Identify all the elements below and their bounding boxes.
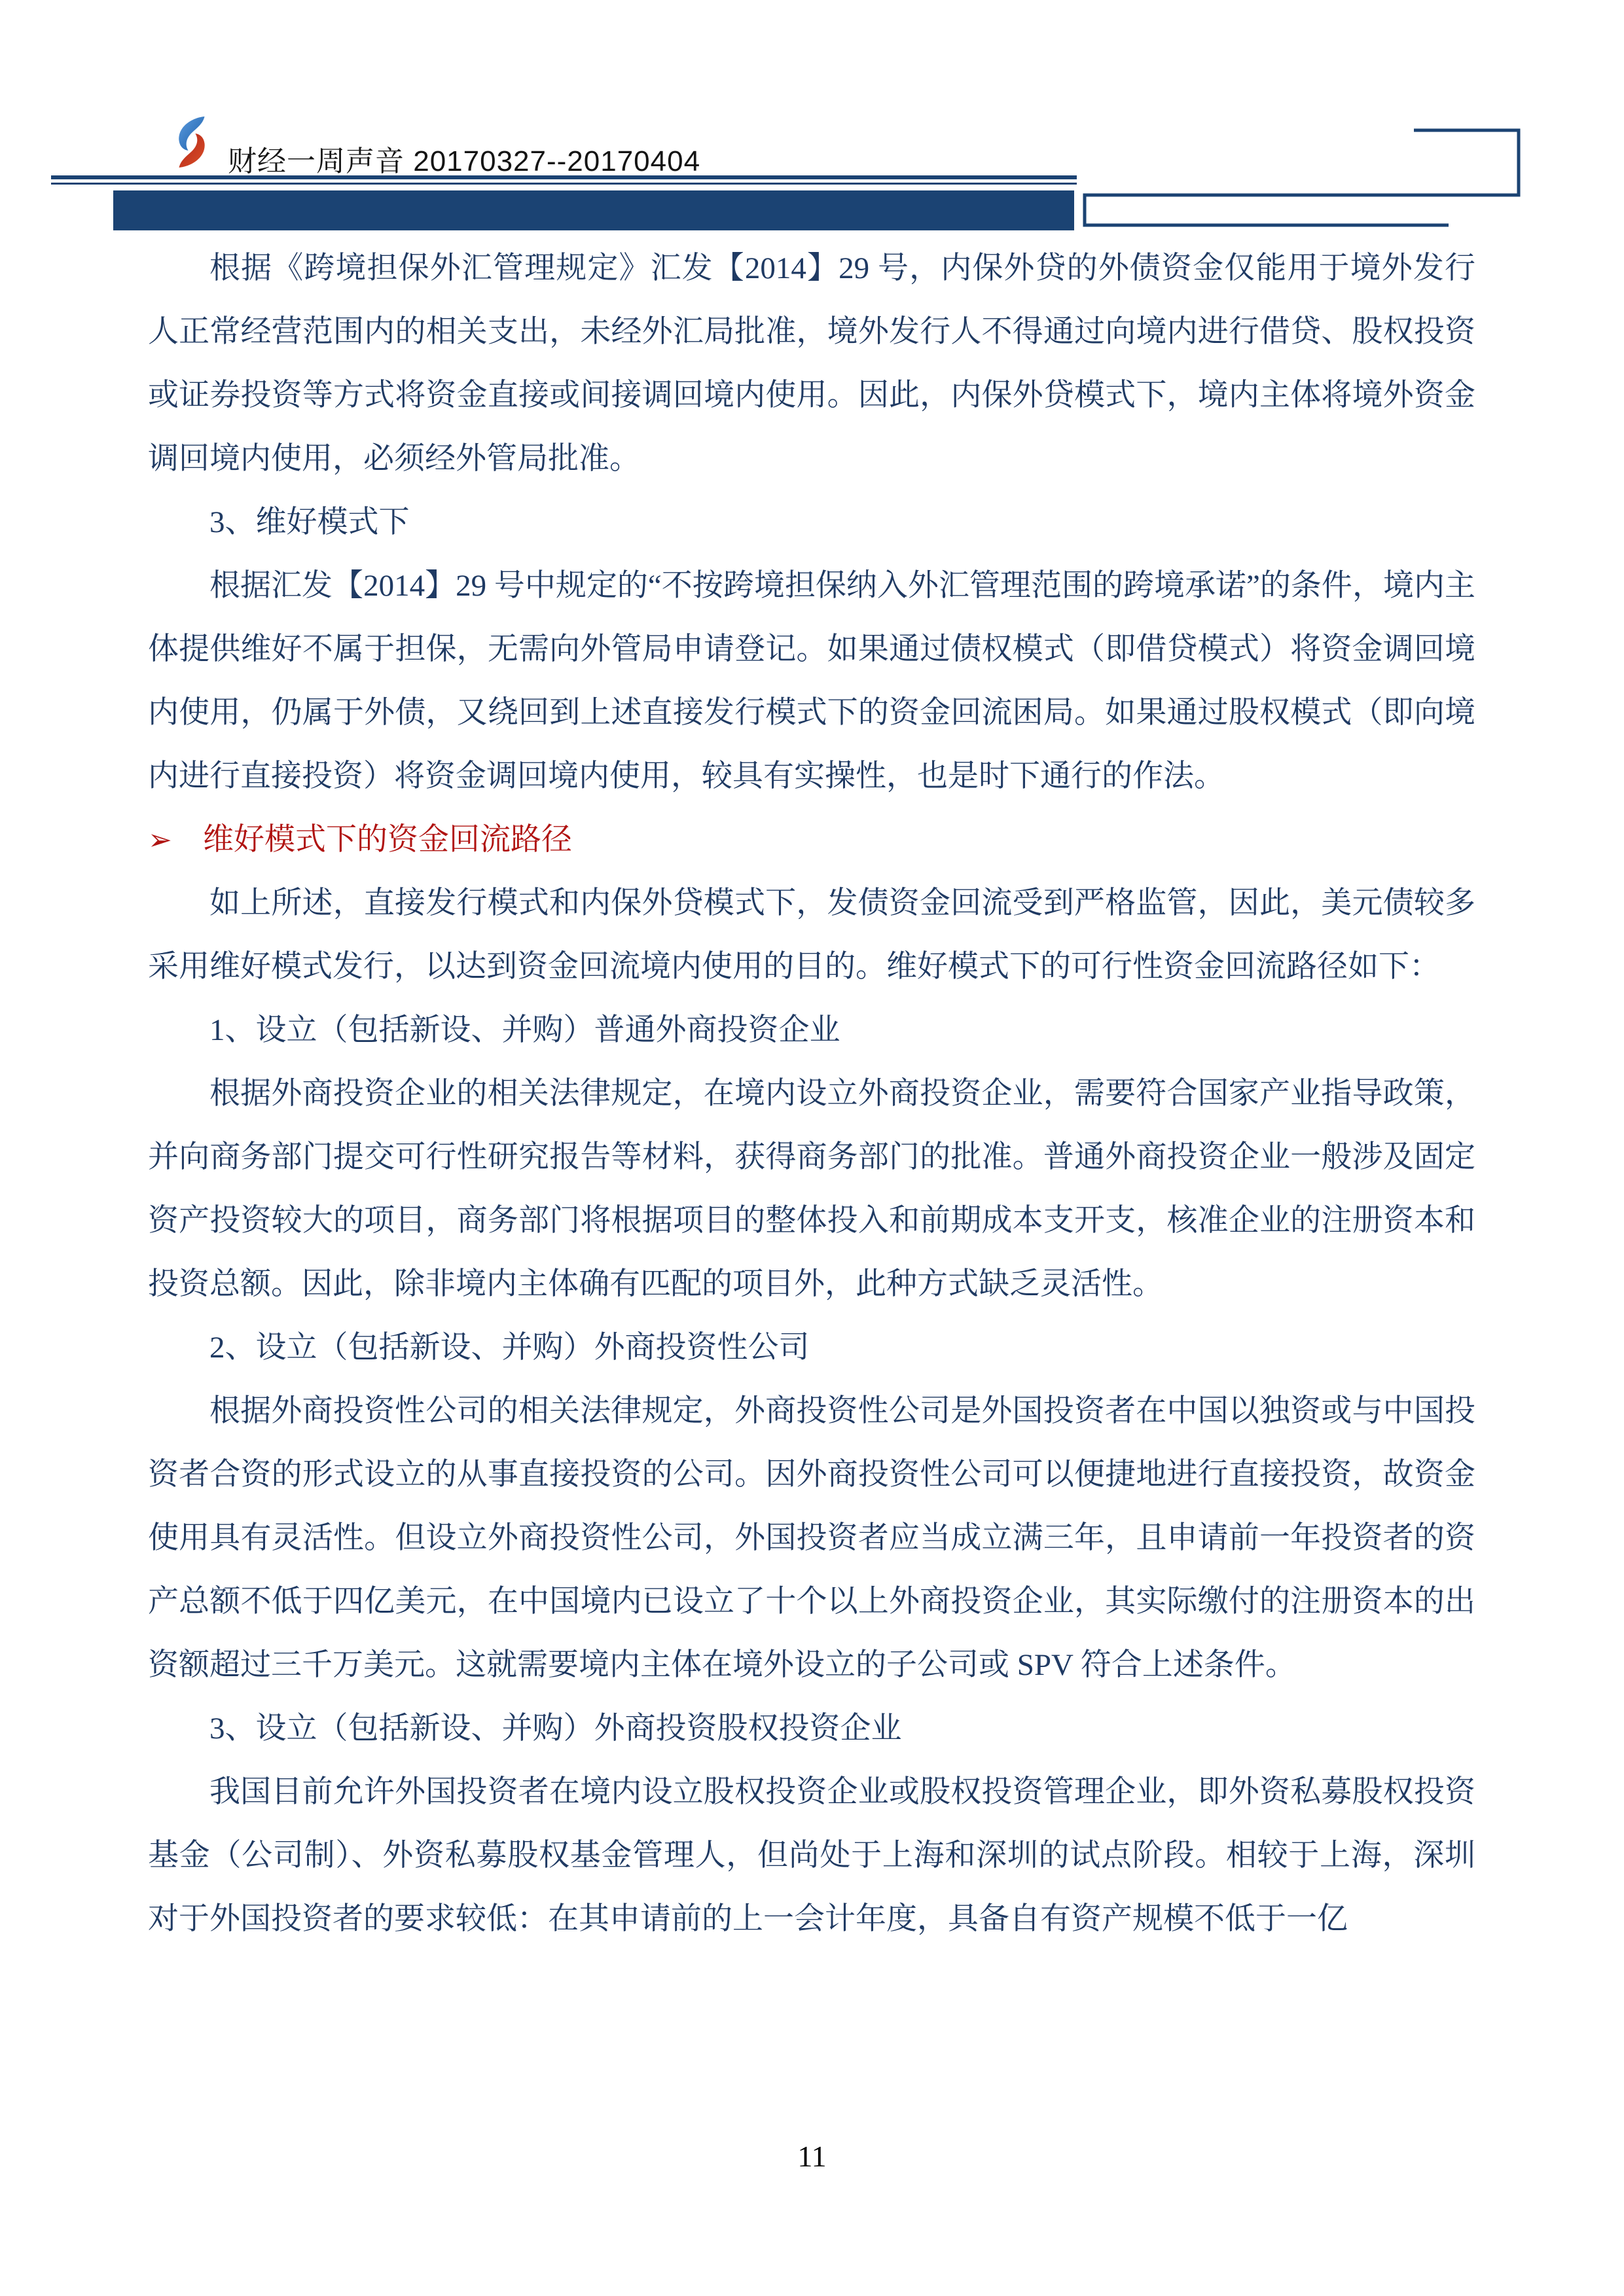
numbered-heading: 3、设立（包括新设、并购）外商投资股权投资企业 [148,1697,1475,1761]
paragraph: 根据《跨境担保外汇管理规定》汇发【2014】29 号，内保外贷的外债资金仅能用于… [148,237,1475,491]
numbered-heading: 1、设立（包括新设、并购）普通外商投资企业 [148,999,1475,1062]
paragraph: 根据汇发【2014】29 号中规定的“不按跨境担保纳入外汇管理范围的跨境承诺”的… [148,554,1475,808]
paragraph: 如上所述，直接发行模式和内保外贷模式下，发债资金回流受到严格监管，因此，美元债较… [148,872,1475,999]
paragraph: 根据外商投资性公司的相关法律规定，外商投资性公司是外国投资者在中国以独资或与中国… [148,1380,1475,1697]
document-page: 财经一周声音 20170327--20170404 根据《跨境担保外汇管理规定》… [0,0,1624,2296]
document-body: 根据《跨境担保外汇管理规定》汇发【2014】29 号，内保外贷的外债资金仅能用于… [148,237,1475,1951]
paragraph: 我国目前允许外国投资者在境内设立股权投资企业或股权投资管理企业，即外资私募股权投… [148,1761,1475,1951]
corner-frame-lines [0,0,1624,275]
page-number: 11 [0,2139,1624,2174]
numbered-heading: 2、设立（包括新设、并购）外商投资性公司 [148,1316,1475,1380]
paragraph: 根据外商投资企业的相关法律规定，在境内设立外商投资企业，需要符合国家产业指导政策… [148,1062,1475,1316]
section-heading-red-label: 维好模式下的资金回流路径 [203,823,572,857]
section-heading-red: ➢维好模式下的资金回流路径 [148,808,1475,872]
arrow-bullet-icon: ➢ [148,808,203,872]
numbered-heading: 3、维好模式下 [148,491,1475,554]
